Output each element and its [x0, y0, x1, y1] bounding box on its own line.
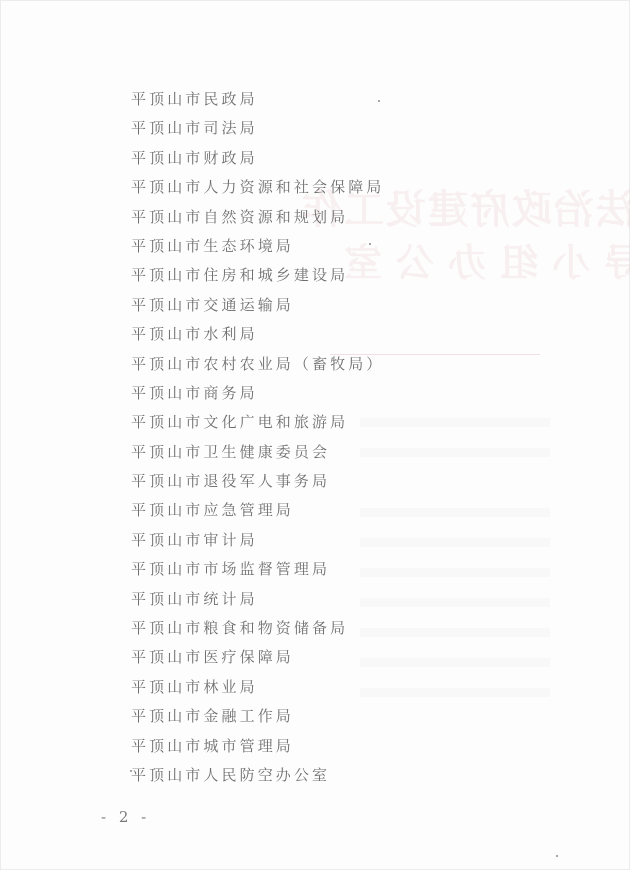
organization-item: 平顶山市水利局: [131, 320, 384, 349]
organization-item: 平顶山市审计局: [131, 526, 384, 555]
organization-item: 平顶山市卫生健康委员会: [131, 438, 384, 467]
organization-item: 平顶山市医疗保障局: [131, 643, 384, 672]
scan-speck: [378, 100, 380, 102]
organization-item: 平顶山市应急管理局: [131, 496, 384, 525]
organization-item: 平顶山市商务局: [131, 379, 384, 408]
organization-item: 平顶山市市场监督管理局: [131, 555, 384, 584]
organization-item: 平顶山市人力资源和社会保障局: [131, 173, 384, 202]
organization-item: 平顶山市粮食和物资储备局: [131, 614, 384, 643]
reverse-side-text-shadow: [360, 418, 550, 427]
reverse-side-text-shadow: [360, 538, 550, 547]
organization-item: 平顶山市财政局: [131, 144, 384, 173]
organization-item: 平顶山市民政局: [131, 85, 384, 114]
reverse-side-text-shadow: [360, 688, 550, 697]
reverse-side-text-shadow: [360, 508, 550, 517]
organization-item: 平顶山市交通运输局: [131, 291, 384, 320]
reverse-side-text-shadow: [360, 568, 550, 577]
organization-item: 平顶山市住房和城乡建设局: [131, 261, 384, 290]
organization-item: 平顶山市林业局: [131, 673, 384, 702]
organization-item: 平顶山市文化广电和旅游局: [131, 408, 384, 437]
document-page: 平顶山市法治政府建设工作 领导小组办公室 平顶山市民政局 平顶山市司法局 平顶山…: [0, 0, 630, 870]
reverse-side-text-shadow: [360, 658, 550, 667]
organization-item: 平顶山市金融工作局: [131, 702, 384, 731]
scan-speck: [556, 855, 558, 857]
scan-speck: [130, 770, 132, 772]
organization-item: 平顶山市统计局: [131, 585, 384, 614]
page-number: - 2 -: [101, 808, 150, 826]
organization-item: 平顶山市司法局: [131, 114, 384, 143]
reverse-side-text-shadow: [360, 628, 550, 637]
organization-item: 平顶山市退役军人事务局: [131, 467, 384, 496]
reverse-side-text-shadow: [360, 448, 550, 457]
organization-item: 平顶山市自然资源和规划局: [131, 203, 384, 232]
organization-item: 平顶山市人民防空办公室: [131, 761, 384, 790]
organization-list: 平顶山市民政局 平顶山市司法局 平顶山市财政局 平顶山市人力资源和社会保障局 平…: [131, 85, 384, 790]
organization-item: 平顶山市农村农业局（畜牧局）: [131, 350, 384, 379]
reverse-side-text-shadow: [360, 598, 550, 607]
scan-speck: [369, 243, 371, 245]
organization-item: 平顶山市城市管理局: [131, 732, 384, 761]
organization-item: 平顶山市生态环境局: [131, 232, 384, 261]
